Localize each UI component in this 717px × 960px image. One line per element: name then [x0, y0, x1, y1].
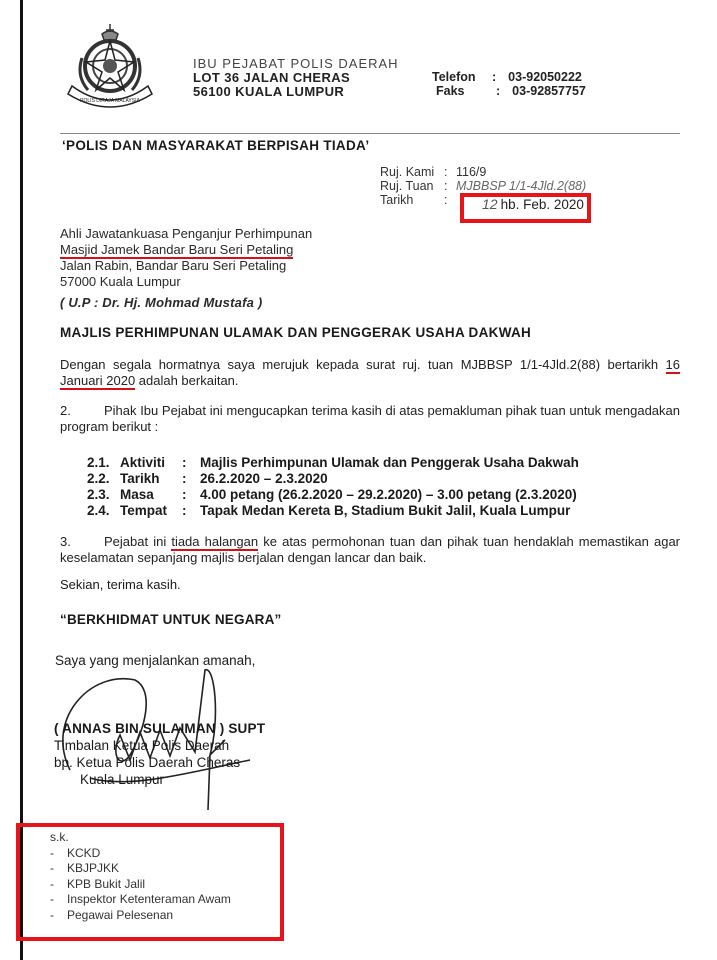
program-item: 2.1.Aktiviti:Majlis Perhimpunan Ulamak d… [87, 455, 579, 471]
signatory-block: ( ANNAS BIN SULAIMAN ) SUPT Timbalan Ket… [54, 720, 265, 788]
subject-heading: MAJLIS PERHIMPUNAN ULAMAK DAN PENGGERAK … [60, 325, 531, 340]
your-ref-row: Ruj. Tuan: MJBBSP 1/1-4Jld.2(88) [380, 179, 586, 193]
page-edge-line [20, 0, 23, 960]
attention-line: ( U.P : Dr. Hj. Mohmad Mustafa ) [60, 295, 312, 311]
signatory-name: ( ANNAS BIN SULAIMAN ) SUPT [54, 720, 265, 737]
motto: ‘POLIS DAN MASYARAKAT BERPISAH TIADA’ [62, 138, 369, 153]
program-item: 2.4.Tempat:Tapak Medan Kereta B, Stadium… [87, 503, 579, 519]
mosque-name-highlight: Masjid Jamek Bandar Baru Seri Petaling [60, 242, 293, 259]
contact-block: Telefon : 03-92050222 Faks : 03-92857757 [432, 70, 586, 98]
no-objection-highlight: tiada halangan [171, 534, 258, 551]
date-highlight-box [460, 193, 591, 223]
program-item: 2.2.Tarikh:26.2.2020 – 2.3.2020 [87, 471, 579, 487]
program-details: 2.1.Aktiviti:Majlis Perhimpunan Ulamak d… [87, 455, 579, 519]
address-line-2: 56100 KUALA LUMPUR [193, 85, 399, 99]
paragraph-3: 3.Pejabat ini tiada halangan ke atas per… [60, 534, 680, 566]
office-name: IBU PEJABAT POLIS DAERAH [193, 57, 399, 71]
slogan: “BERKHIDMAT UNTUK NEGARA” [60, 612, 282, 627]
header-divider [60, 133, 680, 134]
recipient-address: Ahli Jawatankuasa Penganjur Perhimpunan … [60, 226, 312, 311]
police-crest-icon: POLIS DIRAJA MALAYSIA [62, 18, 158, 110]
phone-row: Telefon : 03-92050222 [432, 70, 586, 84]
svg-text:POLIS DIRAJA MALAYSIA: POLIS DIRAJA MALAYSIA [80, 98, 140, 104]
letterhead-address: IBU PEJABAT POLIS DAERAH LOT 36 JALAN CH… [193, 57, 399, 99]
address-line-1: LOT 36 JALAN CHERAS [193, 71, 399, 85]
copies-highlight-box [16, 823, 284, 941]
paragraph-2: 2.Pihak Ibu Pejabat ini mengucapkan teri… [60, 403, 680, 435]
program-item: 2.3.Masa:4.00 petang (26.2.2020 – 29.2.2… [87, 487, 579, 503]
closing-line: Sekian, terima kasih. [60, 577, 181, 592]
paragraph-1: Dengan segala hormatnya saya merujuk kep… [60, 357, 680, 389]
our-ref-row: Ruj. Kami: 116/9 [380, 165, 586, 179]
fax-row: Faks : 03-92857757 [432, 84, 586, 98]
